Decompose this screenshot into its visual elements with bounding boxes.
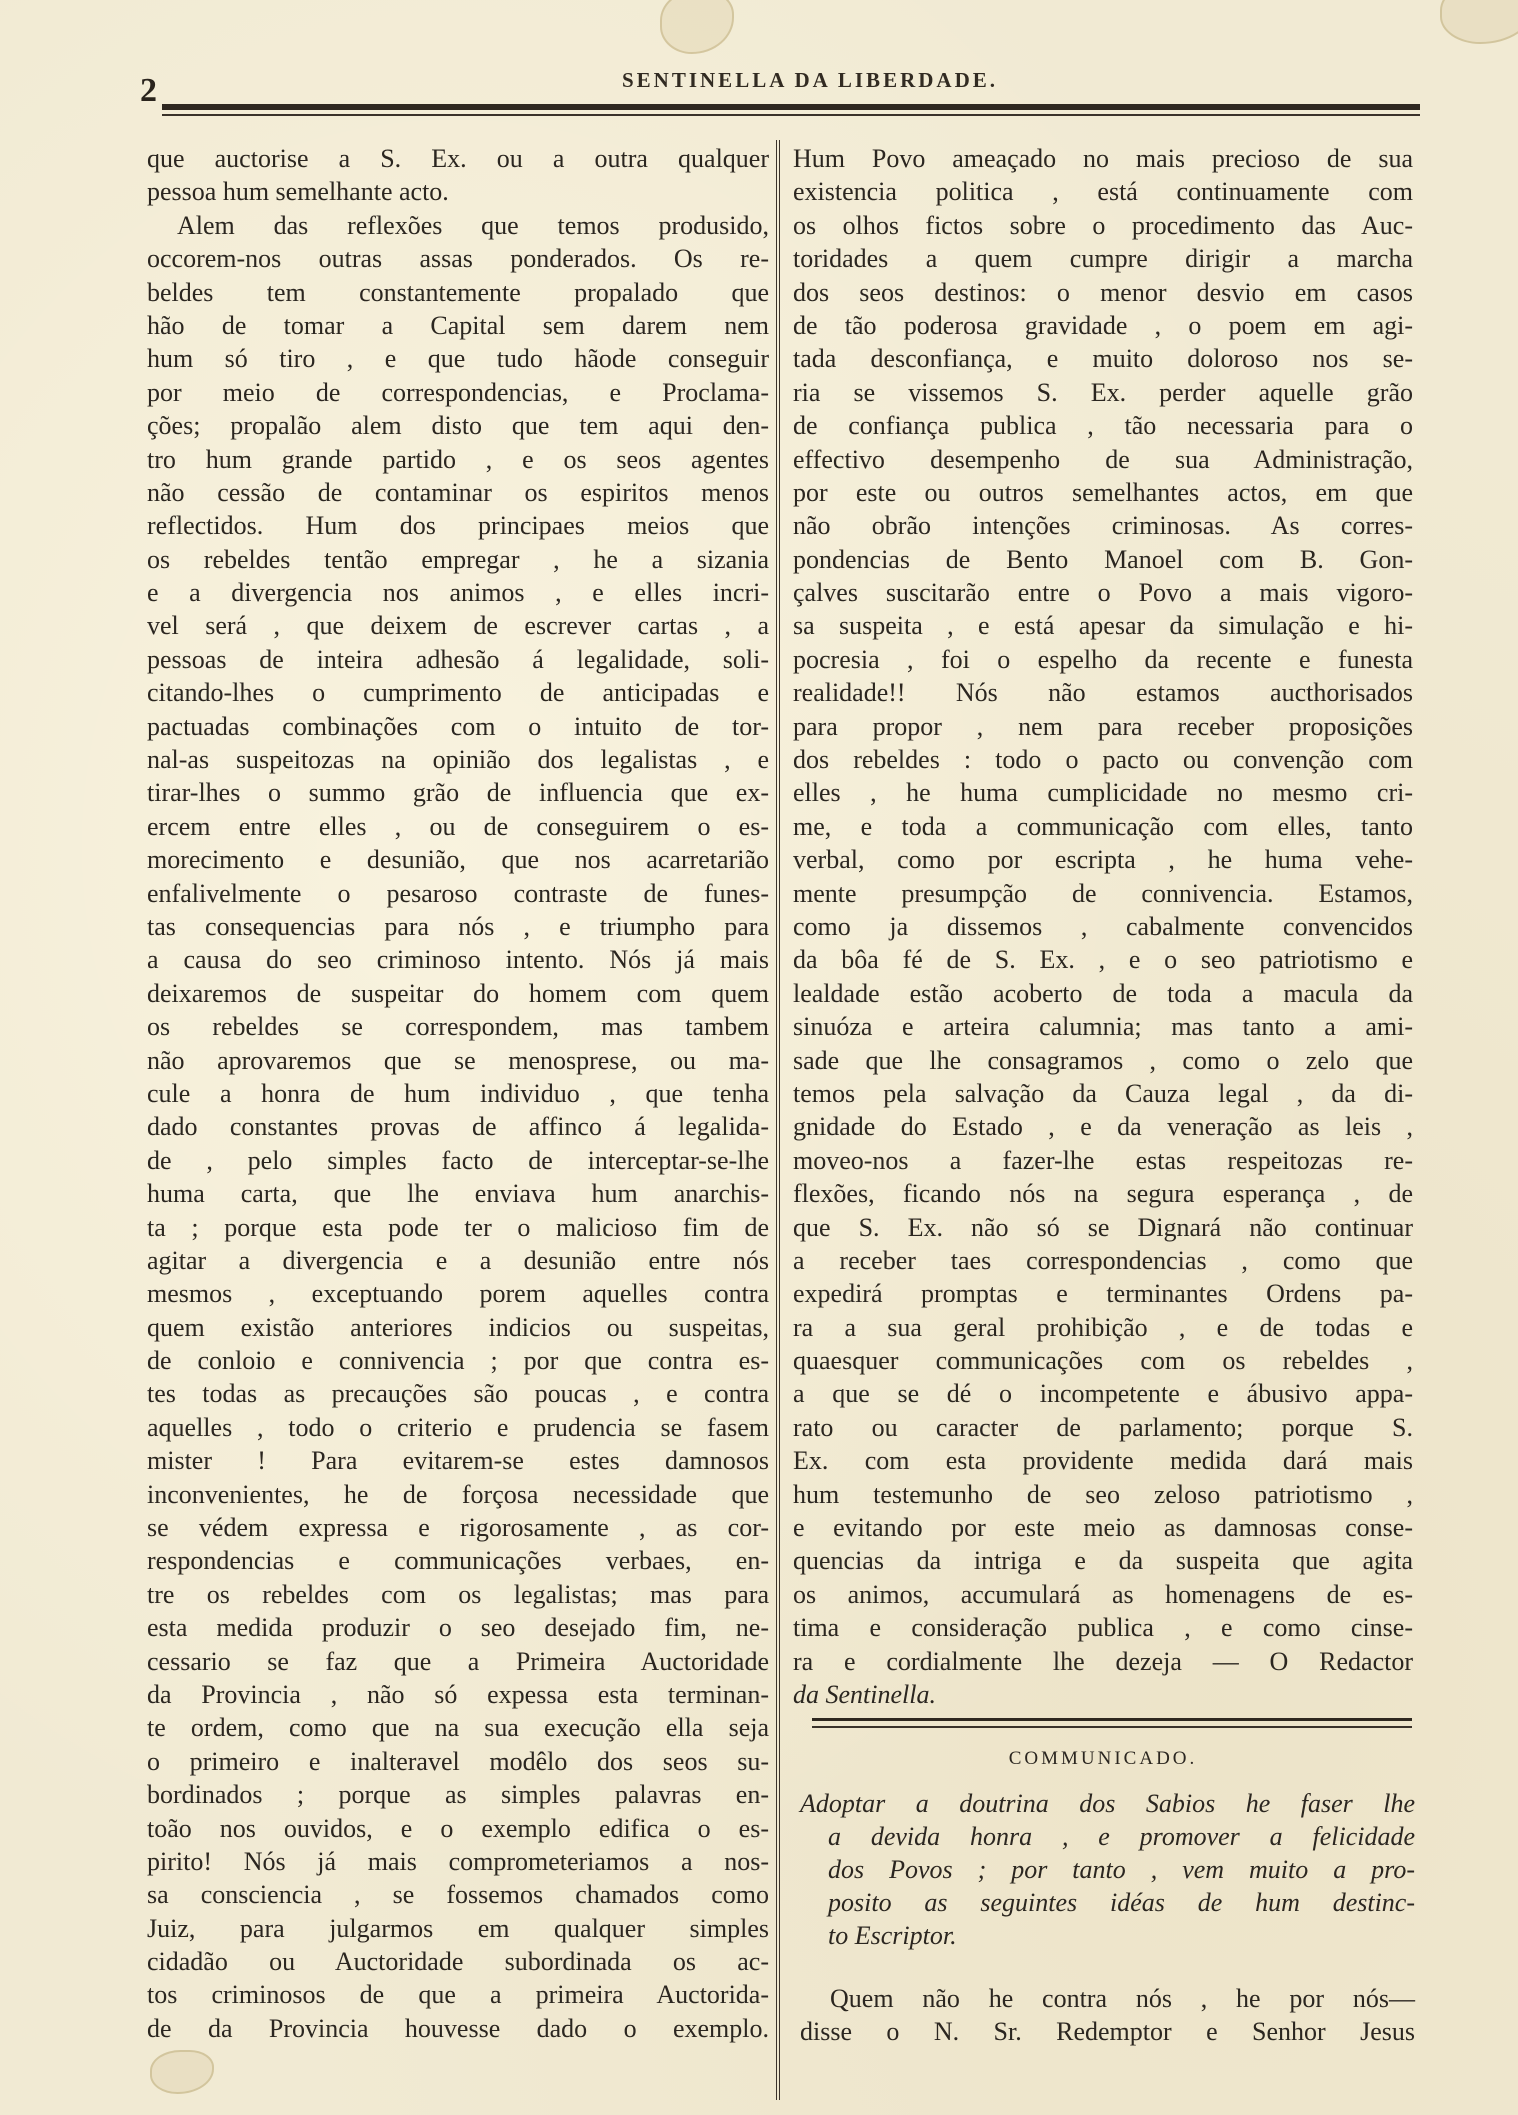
text-line: mister ! Para evitarem-se estes damnosos	[147, 1444, 769, 1477]
text-line: tro hum grande partido , e os seos agent…	[147, 443, 769, 476]
text-line: expedirá promptas e terminantes Ordens p…	[793, 1277, 1413, 1310]
text-line: mente presumpção de connivencia. Estamos…	[793, 877, 1413, 910]
text-line: que S. Ex. não só se Dignará não continu…	[793, 1211, 1413, 1244]
text-line: sade que lhe consagramos , como o zelo q…	[793, 1044, 1413, 1077]
right-column: Hum Povo ameaçado no mais precioso de su…	[793, 142, 1413, 1711]
text-line: elles , he huma cumplicidade no mesmo cr…	[793, 776, 1413, 809]
text-line: pactuadas combinações com o intuito de t…	[147, 710, 769, 743]
text-line: de tão poderosa gravidade , o poem em ag…	[793, 309, 1413, 342]
text-line: huma carta, que lhe enviava hum anarchis…	[147, 1177, 769, 1210]
text-line: lealdade estão acoberto de toda a macula…	[793, 977, 1413, 1010]
text-line: citando-lhes o cumprimento de anticipada…	[147, 676, 769, 709]
text-line: morecimento e desunião, que nos acarreta…	[147, 843, 769, 876]
newspaper-page: 2 SENTINELLA DA LIBERDADE. que auctorise…	[0, 0, 1518, 2115]
text-line: Juiz, para julgarmos em qualquer simples	[147, 1912, 769, 1945]
text-line: ra a sua geral prohibição , e de todas e	[793, 1311, 1413, 1344]
text-line: quencias da intriga e da suspeita que ag…	[793, 1544, 1413, 1577]
text-line: Hum Povo ameaçado no mais precioso de su…	[793, 142, 1413, 175]
text-line: effectivo desempenho de sua Administraçã…	[793, 443, 1413, 476]
text-line: te ordem, como que na sua execução ella …	[147, 1711, 769, 1744]
text-line: sinuóza e arteira calumnia; mas tanto a …	[793, 1010, 1413, 1043]
text-line: não cessão de contaminar os espiritos me…	[147, 476, 769, 509]
masthead: 2 SENTINELLA DA LIBERDADE.	[140, 58, 1420, 98]
epigraph-line: a devida honra , e promover a felicidade	[800, 1820, 1415, 1853]
text-line: pessoas de inteira adhesão á legalidade,…	[147, 643, 769, 676]
text-line: de conloio e connivencia ; por que contr…	[147, 1344, 769, 1377]
text-line: não obrão intenções criminosas. As corre…	[793, 509, 1413, 542]
text-line: Quem não he contra nós , he por nós—	[800, 1982, 1415, 2015]
column-divider	[776, 140, 780, 2100]
text-line: realidade!! Nós não estamos aucthorisado…	[793, 676, 1413, 709]
text-line: tos criminosos de que a primeira Auctori…	[147, 1978, 769, 2011]
text-line: pessoa hum semelhante acto.	[147, 175, 769, 208]
text-line: ercem entre elles , ou de conseguirem o …	[147, 810, 769, 843]
text-line: hão de tomar a Capital sem darem nem	[147, 309, 769, 342]
epigraph: Adoptar a doutrina dos Sabios he faser l…	[800, 1787, 1415, 1952]
text-line: moveo-nos a fazer-lhe estas respeitozas …	[793, 1144, 1413, 1177]
text-line: por este ou outros semelhantes actos, em…	[793, 476, 1413, 509]
text-line: cule a honra de hum individuo , que tenh…	[147, 1077, 769, 1110]
text-line: enfalivelmente o pesaroso contraste de f…	[147, 877, 769, 910]
text-line: rato ou caracter de parlamento; porque S…	[793, 1411, 1413, 1444]
text-line: quem existão anteriores indicios ou susp…	[147, 1311, 769, 1344]
text-line: bordinados ; porque as simples palavras …	[147, 1778, 769, 1811]
text-line: beldes tem constantemente propalado que	[147, 276, 769, 309]
text-line: toão nos ouvidos, e o exemplo edifica o …	[147, 1812, 769, 1845]
text-line: dos rebeldes : todo o pacto ou convenção…	[793, 743, 1413, 776]
water-stain	[1440, 0, 1518, 44]
communicado-body: Quem não he contra nós , he por nós— dis…	[800, 1982, 1415, 2048]
text-line: me, e toda a communicação com elles, tan…	[793, 810, 1413, 843]
text-line: occorem-nos outras assas ponderados. Os …	[147, 242, 769, 275]
text-line: pondencias de Bento Manoel com B. Gon-	[793, 543, 1413, 576]
text-line: hum só tiro , e que tudo hãode conseguir	[147, 342, 769, 375]
text-line: gnidade do Estado , e da veneração as le…	[793, 1110, 1413, 1143]
text-line: reflectidos. Hum dos principaes meios qu…	[147, 509, 769, 542]
section-rule-thin	[812, 1726, 1412, 1728]
section-heading: COMMUNICADO.	[793, 1748, 1413, 1770]
text-line: a que se dé o incompetente e ábusivo app…	[793, 1377, 1413, 1410]
epigraph-line: posito as seguintes idéas de hum destinc…	[800, 1886, 1415, 1919]
text-line: não aprovaremos que se menosprese, ou ma…	[147, 1044, 769, 1077]
text-line: dos seos destinos: o menor desvio em cas…	[793, 276, 1413, 309]
text-line: Ex. com esta providente medida dará mais	[793, 1444, 1413, 1477]
text-line: sa suspeita , e está apesar da simulação…	[793, 609, 1413, 642]
left-column: que auctorise a S. Ex. ou a outra qualqu…	[147, 142, 769, 2045]
text-line: tada desconfiança, e muito doloroso nos …	[793, 342, 1413, 375]
text-line: para propor , nem para receber proposiçõ…	[793, 710, 1413, 743]
text-line: tas consequencias para nós , e triumpho …	[147, 910, 769, 943]
epigraph-line: Adoptar a doutrina dos Sabios he faser l…	[800, 1787, 1415, 1820]
text-line: quaesquer communicações com os rebeldes …	[793, 1344, 1413, 1377]
text-line: tre os rebeldes com os legalistas; mas p…	[147, 1578, 769, 1611]
text-line: os animos, accumulará as homenagens de e…	[793, 1578, 1413, 1611]
text-line: de , pelo simples facto de interceptar-s…	[147, 1144, 769, 1177]
text-line: verbal, como por escripta , he huma vehe…	[793, 843, 1413, 876]
text-line: ta ; porque esta pode ter o malicioso fi…	[147, 1211, 769, 1244]
text-line: temos pela salvação da Cauza legal , da …	[793, 1077, 1413, 1110]
text-line: o primeiro e inalteravel modêlo dos seos…	[147, 1745, 769, 1778]
masthead-rule-thin	[162, 114, 1420, 116]
text-line: toridades a quem cumpre dirigir a marcha	[793, 242, 1413, 275]
text-line: inconvenientes, he de forçosa necessidad…	[147, 1478, 769, 1511]
text-line: tes todas as precauções são poucas , e c…	[147, 1377, 769, 1410]
text-line: ções; propalão alem disto que tem aqui d…	[147, 409, 769, 442]
text-line: e evitando por este meio as damnosas con…	[793, 1511, 1413, 1544]
text-line: respondencias e communicações verbaes, e…	[147, 1544, 769, 1577]
text-line: dado constantes provas de affinco á lega…	[147, 1110, 769, 1143]
text-line: nal-as suspeitozas na opinião dos legali…	[147, 743, 769, 776]
text-line: hum testemunho de seo zeloso patriotismo…	[793, 1478, 1413, 1511]
text-line: aquelles , todo o criterio e prudencia s…	[147, 1411, 769, 1444]
text-line: cidadão ou Auctoridade subordinada os ac…	[147, 1945, 769, 1978]
text-line: por meio de correspondencias, e Proclama…	[147, 376, 769, 409]
signature-line: da Sentinella.	[793, 1678, 1413, 1711]
text-line: pocresia , foi o espelho da recente e fu…	[793, 643, 1413, 676]
text-line: se védem expressa e rigorosamente , as c…	[147, 1511, 769, 1544]
text-line: ria se vissemos S. Ex. perder aquelle gr…	[793, 376, 1413, 409]
text-line: deixaremos de suspeitar do homem com que…	[147, 977, 769, 1010]
text-line: ra e cordialmente lhe dezeja — O Redacto…	[793, 1645, 1413, 1678]
text-line: tima e consideração publica , e como cin…	[793, 1611, 1413, 1644]
text-line: os olhos fictos sobre o procedimento das…	[793, 209, 1413, 242]
text-line: a receber taes correspondencias , como q…	[793, 1244, 1413, 1277]
text-line: esta medida produzir o seo desejado fim,…	[147, 1611, 769, 1644]
text-line: Alem das reflexões que temos produsido,	[147, 209, 769, 242]
text-line: e a divergencia nos animos , e elles inc…	[147, 576, 769, 609]
newspaper-title: SENTINELLA DA LIBERDADE.	[140, 68, 1420, 93]
text-line: çalves suscitarão entre o Povo a mais vi…	[793, 576, 1413, 609]
text-line: os rebeldes tentão empregar , he a sizan…	[147, 543, 769, 576]
text-line: da Provincia , não só expessa esta termi…	[147, 1678, 769, 1711]
text-line: a causa do seo criminoso intento. Nós já…	[147, 943, 769, 976]
water-stain	[150, 2050, 214, 2094]
text-line: tirar-lhes o summo grão de influencia qu…	[147, 776, 769, 809]
section-rule-thick	[812, 1718, 1412, 1721]
text-line: agitar a divergencia e a desunião entre …	[147, 1244, 769, 1277]
text-line: que auctorise a S. Ex. ou a outra qualqu…	[147, 142, 769, 175]
text-line: da bôa fé de S. Ex. , e o seo patriotism…	[793, 943, 1413, 976]
epigraph-line: to Escriptor.	[800, 1919, 1415, 1952]
text-line: pirito! Nós já mais comprometeriamos a n…	[147, 1845, 769, 1878]
text-line: vel será , que deixem de escrever cartas…	[147, 609, 769, 642]
text-line: de da Provincia houvesse dado o exemplo.	[147, 2012, 769, 2045]
text-line: mesmos , exceptuando porem aquelles cont…	[147, 1277, 769, 1310]
text-line: de confiança publica , tão necessaria pa…	[793, 409, 1413, 442]
text-line: cessario se faz que a Primeira Auctorida…	[147, 1645, 769, 1678]
text-line: como ja dissemos , cabalmente convencido…	[793, 910, 1413, 943]
text-line: os rebeldes se correspondem, mas tambem	[147, 1010, 769, 1043]
water-stain	[660, 0, 734, 54]
text-line: existencia politica , está continuamente…	[793, 175, 1413, 208]
text-line: disse o N. Sr. Redemptor e Senhor Jesus	[800, 2015, 1415, 2048]
epigraph-line: dos Povos ; por tanto , vem muito a pro-	[800, 1853, 1415, 1886]
text-line: sa consciencia , se fossemos chamados co…	[147, 1878, 769, 1911]
masthead-rule-thick	[162, 104, 1420, 110]
text-line: flexões, ficando nós na segura esperança…	[793, 1177, 1413, 1210]
